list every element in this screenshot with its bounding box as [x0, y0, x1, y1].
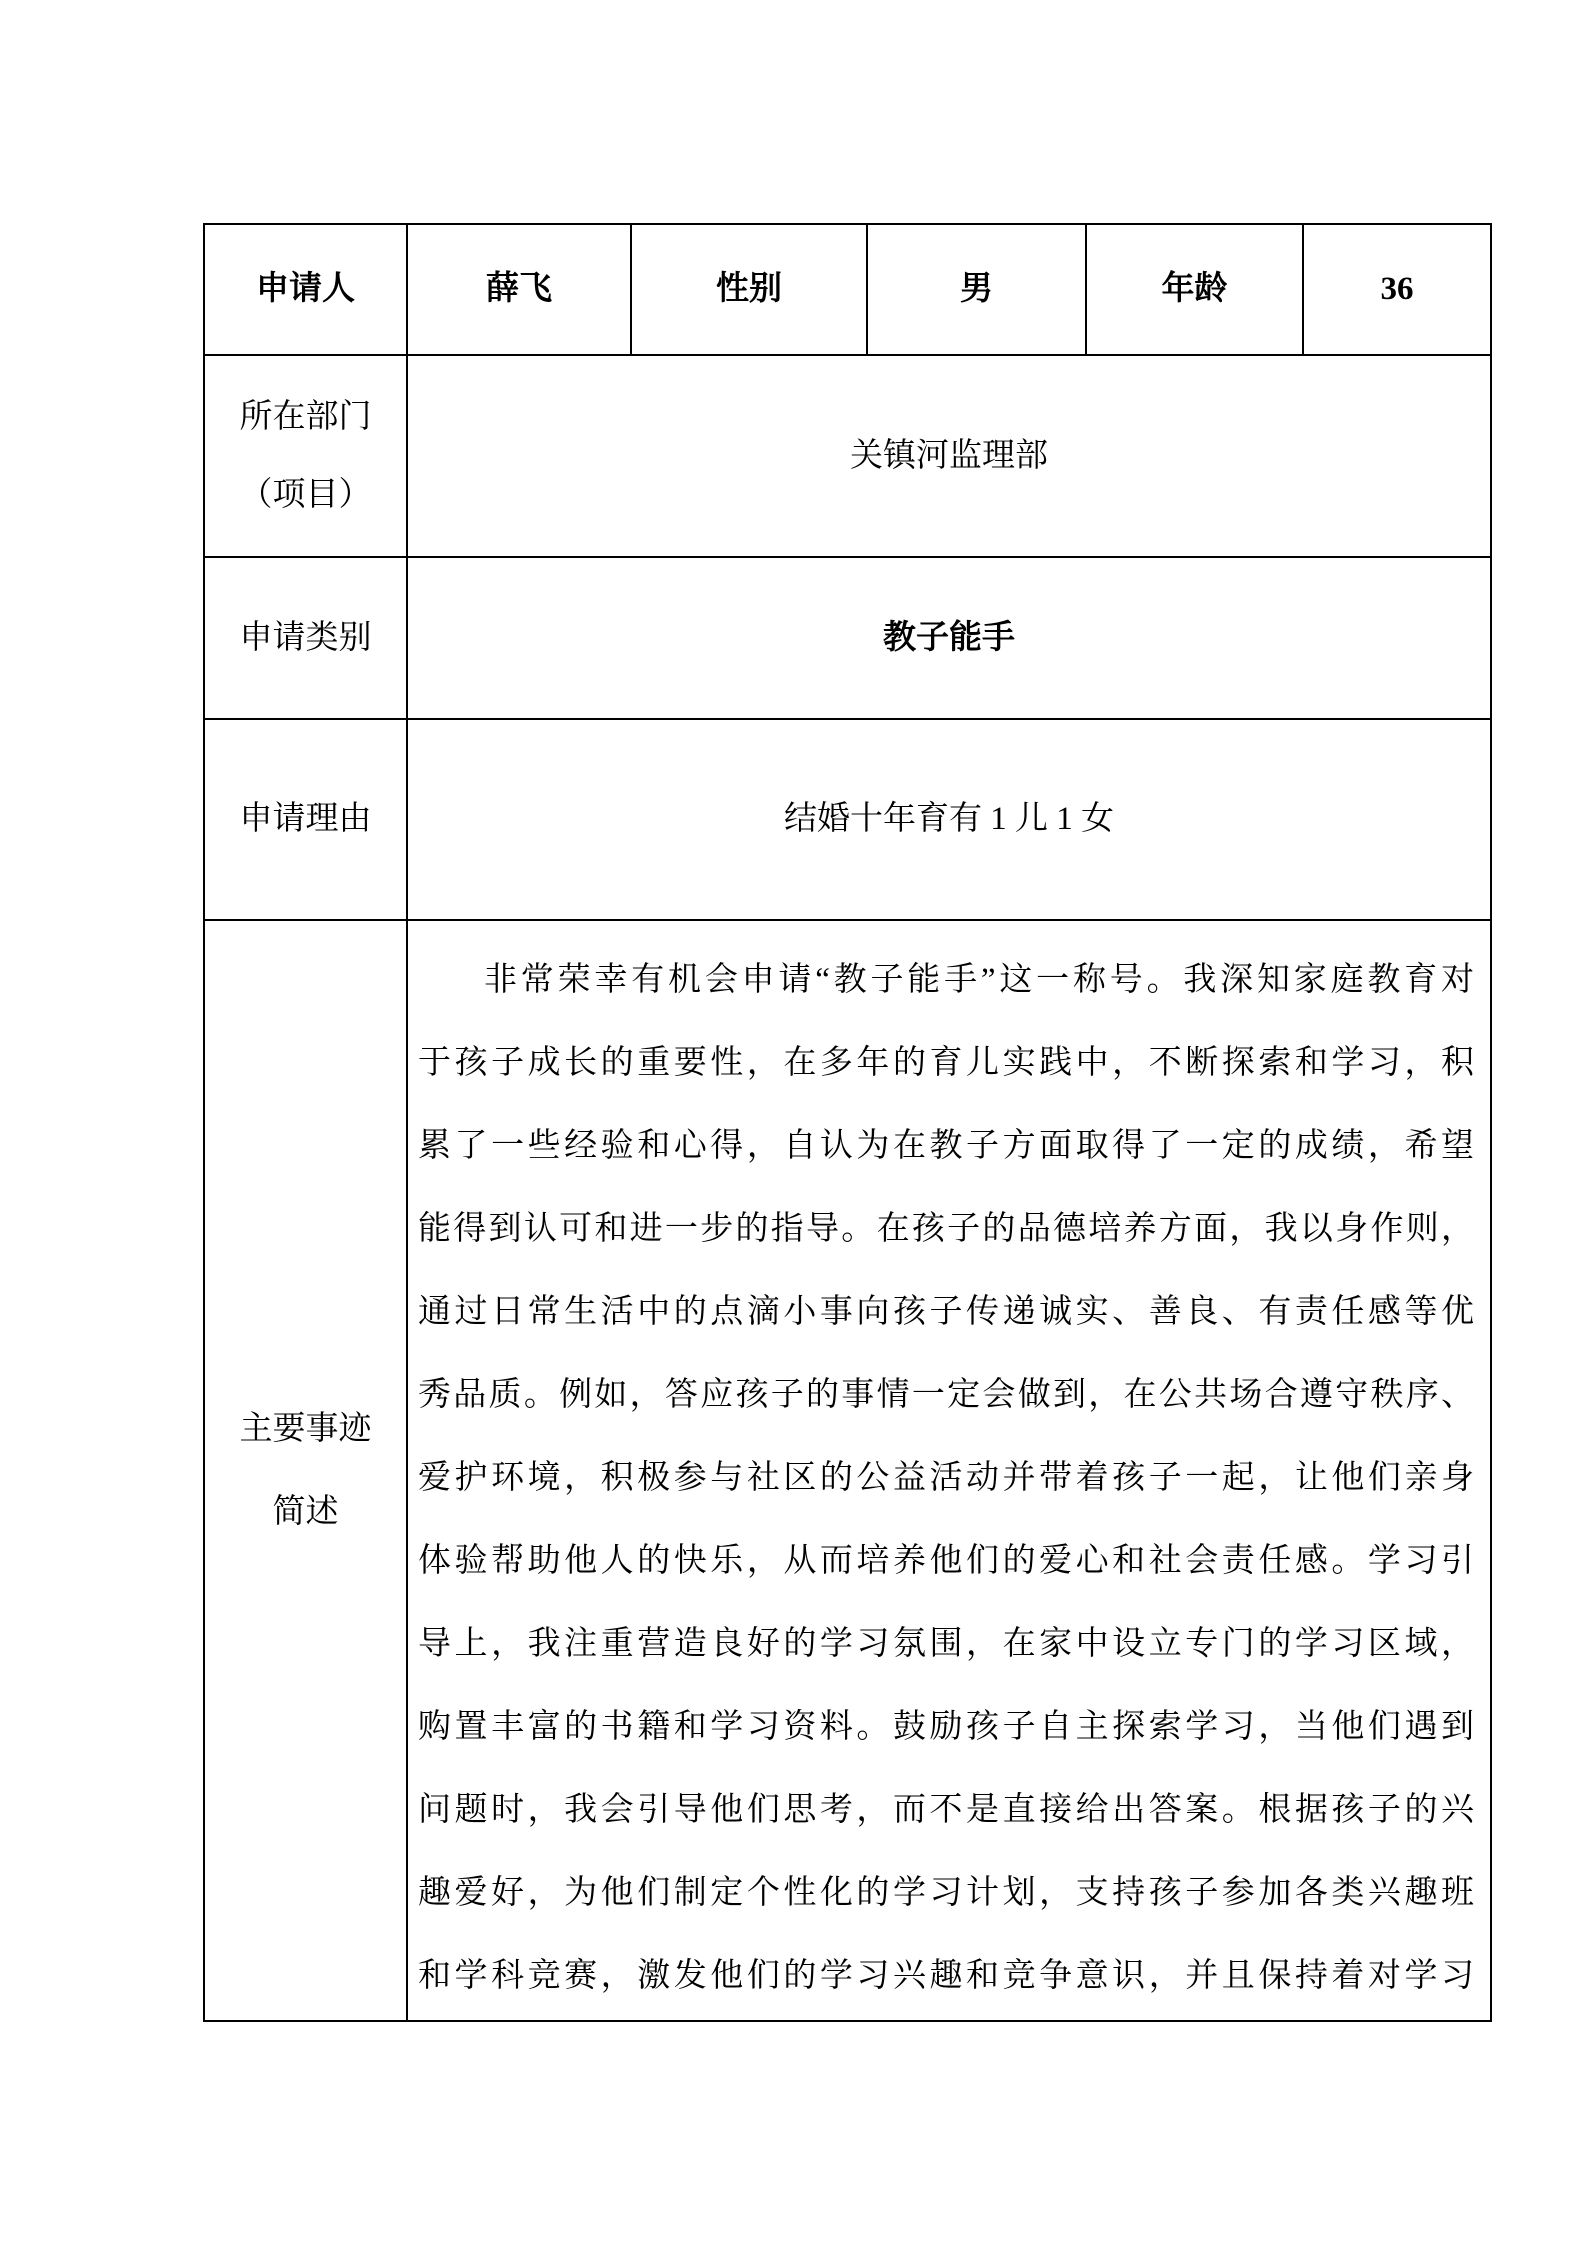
- department-label-line1: 所在部门: [205, 378, 406, 456]
- applicant-row: 申请人 薛飞 性别 男 年龄 36: [204, 224, 1491, 355]
- gender-value-cell: 男: [867, 224, 1086, 355]
- department-row: 所在部门 （项目） 关镇河监理部: [204, 355, 1491, 557]
- deeds-value-cell: 非常荣幸有机会申请“教子能手”这一称号。我深知家庭教育对于孩子成长的重要性，在多…: [407, 920, 1491, 2021]
- application-form-table: 申请人 薛飞 性别 男 年龄 36 所在部门 （项目） 关镇河监理部 申请类别 …: [203, 223, 1492, 2022]
- deeds-paragraph-line: 体验帮助他人的快乐，从而培养他们的爱心和社会责任感。学习引: [418, 1520, 1474, 1603]
- category-value-cell: 教子能手: [407, 557, 1491, 719]
- applicant-name-cell: 薛飞: [407, 224, 631, 355]
- deeds-paragraph-line: 趣爱好，为他们制定个性化的学习计划，支持孩子参加各类兴趣班: [418, 1852, 1474, 1935]
- document-page: 申请人 薛飞 性别 男 年龄 36 所在部门 （项目） 关镇河监理部 申请类别 …: [0, 0, 1587, 2245]
- reason-value-cell: 结婚十年育有 1 儿 1 女: [407, 719, 1491, 920]
- deeds-paragraph-line: 能得到认可和进一步的指导。在孩子的品德培养方面，我以身作则，: [418, 1188, 1474, 1271]
- department-label: 所在部门 （项目）: [205, 378, 406, 534]
- deeds-paragraph-line: 和学科竞赛，激发他们的学习兴趣和竞争意识，并且保持着对学习: [418, 1935, 1474, 2018]
- deeds-paragraph-line: 爱护环境，积极参与社区的公益活动并带着孩子一起，让他们亲身: [418, 1437, 1474, 1520]
- deeds-paragraph-line: 累了一些经验和心得，自认为在教子方面取得了一定的成绩，希望: [418, 1105, 1474, 1188]
- department-label-cell: 所在部门 （项目）: [204, 355, 407, 557]
- deeds-paragraph-line: 通过日常生活中的点滴小事向孩子传递诚实、善良、有责任感等优: [418, 1271, 1474, 1354]
- deeds-paragraph-line: 购置丰富的书籍和学习资料。鼓励孩子自主探索学习，当他们遇到: [418, 1686, 1474, 1769]
- gender-label-cell: 性别: [631, 224, 867, 355]
- category-row: 申请类别 教子能手: [204, 557, 1491, 719]
- department-label-line2: （项目）: [205, 456, 406, 534]
- deeds-paragraph-line: 秀品质。例如，答应孩子的事情一定会做到，在公共场合遵守秩序、: [418, 1354, 1474, 1437]
- deeds-label: 主要事迹 简述: [205, 1388, 406, 1554]
- age-label-cell: 年龄: [1086, 224, 1303, 355]
- deeds-label-line2: 简述: [205, 1471, 406, 1554]
- deeds-paragraph: 非常荣幸有机会申请“教子能手”这一称号。我深知家庭教育对于孩子成长的重要性，在多…: [408, 923, 1490, 2018]
- department-value-cell: 关镇河监理部: [407, 355, 1491, 557]
- deeds-row: 主要事迹 简述 非常荣幸有机会申请“教子能手”这一称号。我深知家庭教育对于孩子成…: [204, 920, 1491, 2021]
- deeds-paragraph-line: 于孩子成长的重要性，在多年的育儿实践中，不断探索和学习，积: [418, 1022, 1474, 1105]
- category-label-cell: 申请类别: [204, 557, 407, 719]
- deeds-paragraph-line: 导上，我注重营造良好的学习氛围，在家中设立专门的学习区域，: [418, 1603, 1474, 1686]
- applicant-label-cell: 申请人: [204, 224, 407, 355]
- deeds-label-cell: 主要事迹 简述: [204, 920, 407, 2021]
- deeds-label-line1: 主要事迹: [205, 1388, 406, 1471]
- deeds-paragraph-line: 问题时，我会引导他们思考，而不是直接给出答案。根据孩子的兴: [418, 1769, 1474, 1852]
- reason-label-cell: 申请理由: [204, 719, 407, 920]
- reason-row: 申请理由 结婚十年育有 1 儿 1 女: [204, 719, 1491, 920]
- deeds-paragraph-line: 非常荣幸有机会申请“教子能手”这一称号。我深知家庭教育对: [418, 939, 1474, 1022]
- age-value-cell: 36: [1303, 224, 1491, 355]
